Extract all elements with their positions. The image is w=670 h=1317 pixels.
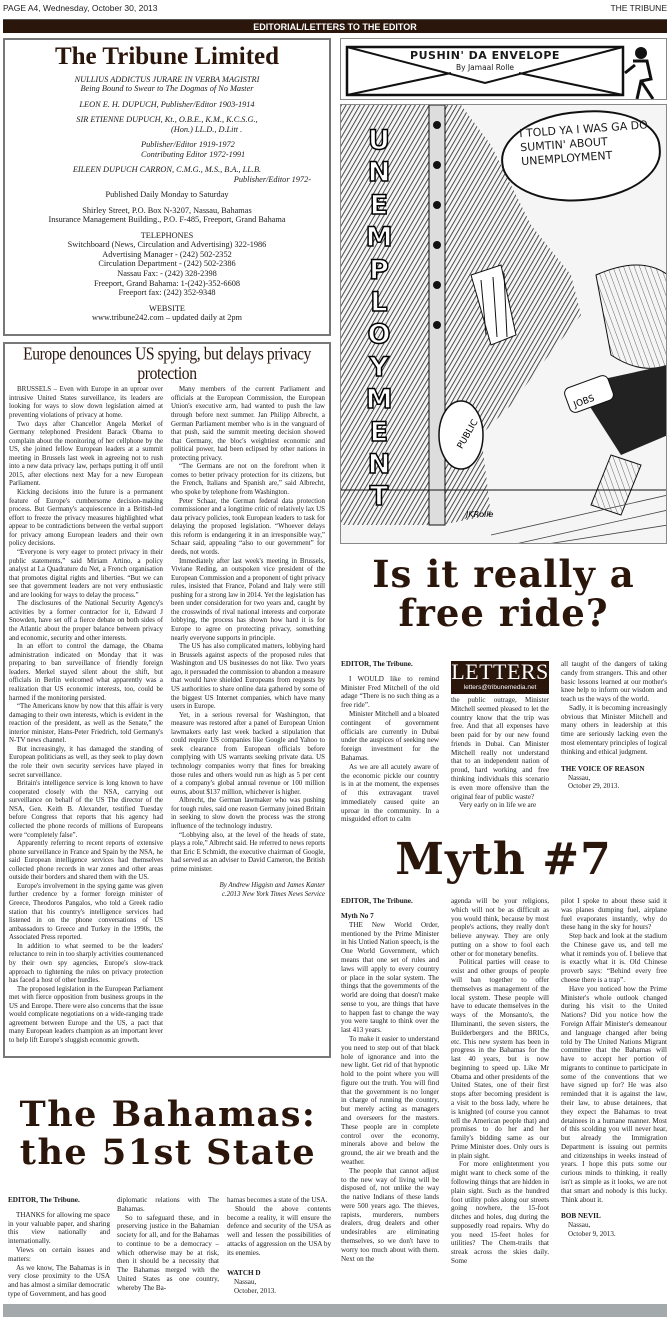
article-paragraph: But increasingly, it has damaged the sta… [9, 746, 163, 780]
salutation: EDITOR, The Tribune. [341, 660, 439, 669]
article-paragraph: Many members of the current Parliament a… [171, 386, 325, 463]
byline-service: c.2013 New York Times News Service [171, 891, 325, 900]
letter-paragraph: Step back and look at the stadium the Ch… [561, 932, 667, 985]
article-paragraph: In an effort to control the damage, the … [9, 643, 163, 703]
letter-paragraph: the public outrage, Minister Mitchell se… [451, 696, 549, 801]
bahamas-col-3: hamas becomes a state of the USA. Should… [227, 1196, 331, 1296]
cartoon-title-strip: PUSHIN' DA ENVELOPE By Jamaal Rolle [340, 38, 667, 100]
bahamas-col-2: diplomatic relations with The Bahamas. S… [117, 1196, 219, 1293]
motto-latin: NULLIUS ADDICTUS JURARE IN VERBA MAGISTR… [11, 75, 323, 85]
letter-place: Nassau, [227, 1278, 331, 1287]
article-body: BRUSSELS – Even with Europe in an uproar… [9, 386, 325, 1046]
letter-paragraph: all taught of the dangers of taking cand… [561, 660, 667, 704]
masthead-title: The Tribune Limited [11, 43, 323, 71]
phone-line: Circulation Department - (242) 502-2386 [11, 259, 323, 269]
article-paragraph: Britain's intelligence service is long k… [9, 780, 163, 840]
letter-paragraph: Political parties will cease to exist an… [451, 958, 549, 1160]
letters-badge: LETTERS letters@tribunemedia.net [451, 661, 549, 694]
address-nassau: Shirley Street, P.O. Box N-3207, Nassau,… [11, 206, 323, 216]
article-byline: By Andrew Higgisn and James Kanter c.201… [171, 882, 325, 900]
letter-paragraph: diplomatic relations with The Bahamas. [117, 1196, 219, 1214]
europe-article: Europe denounces US spying, but delays p… [3, 342, 331, 1058]
letter-date: October, 2013. [227, 1287, 331, 1296]
byline-authors: By Andrew Higgisn and James Kanter [171, 882, 325, 891]
letter-paragraph: I WOULD like to remind Minister Fred Mit… [341, 675, 439, 710]
bahamas-headline-text: The Bahamas: the 51st State [20, 1094, 317, 1173]
paper-name: THE TRIBUNE [610, 3, 667, 13]
phone-line: Freeport fax: (242) 352-9348 [11, 288, 323, 298]
article-paragraph: In addition to what seemed to be the lea… [9, 943, 163, 986]
letter-signature: THE VOICE OF REASON [561, 765, 667, 774]
subhead: Myth No 7 [341, 912, 439, 921]
editor-1: LEON E. H. DUPUCH, Publisher/Editor 1903… [11, 100, 323, 110]
myth-headline: Myth #7 [340, 838, 667, 882]
salutation: EDITOR, The Tribune. [341, 897, 439, 906]
article-paragraph: Kicking decisions into the future is a p… [9, 489, 163, 549]
strip-author: By Jamaal Rolle [341, 63, 629, 72]
salutation: EDITOR, The Tribune. [8, 1196, 110, 1205]
letter-paragraph: Very early on in life we are [451, 801, 549, 810]
article-paragraph: Albrecht, the German lawmaker who was pu… [171, 797, 325, 831]
artist-signature: JKRolle [464, 510, 494, 519]
letter-paragraph: For more enlightenment you might want to… [451, 1160, 549, 1265]
letters-email[interactable]: letters@tribunemedia.net [451, 683, 549, 693]
bahamas-col-1: EDITOR, The Tribune. THANKS for allowing… [8, 1196, 110, 1299]
editor-2-hon: (Hon.) LL.D., D.Litt . [11, 125, 323, 135]
article-paragraph: “Lobbying also, at the level of the head… [171, 832, 325, 875]
letter-paragraph: Views on certain issues and matters: [8, 1246, 110, 1264]
strip-title: PUSHIN' DA ENVELOPE [341, 49, 629, 62]
letter-place: Nassau, [561, 1221, 667, 1230]
letter-paragraph: THE New World Order, mentioned by the Pr… [341, 921, 439, 1035]
article-paragraph: Apparently referring to recent reports o… [9, 840, 163, 883]
letter-paragraph: So to safeguard these, and in preserving… [117, 1214, 219, 1293]
unemployment-label: UNEMPLOYMENT [361, 125, 397, 514]
letter-paragraph: The people that cannot adjust to the new… [341, 1167, 439, 1264]
letter-paragraph: Sadly, it is becoming increasingly obvio… [561, 704, 667, 757]
letter-paragraph: As we know, The Bahamas is in very close… [8, 1264, 110, 1299]
article-paragraph: The US has also complicated matters, lob… [171, 643, 325, 712]
telephones-heading: TELEPHONES [11, 231, 323, 241]
article-paragraph: “Everyone is very eager to protect priva… [9, 549, 163, 600]
article-paragraph: The disclosures of the National Security… [9, 600, 163, 643]
article-paragraph: “The Germans are not on the forefront wh… [171, 463, 325, 497]
letter-place: Nassau, [561, 774, 667, 783]
letter-paragraph: Have you noticed how the Prime Minister'… [561, 985, 667, 1205]
motto-english: Being Bound to Swear to The Dogmas of No… [11, 84, 323, 94]
letter-paragraph: Should the above contents become a reali… [227, 1205, 331, 1258]
phone-line: Freeport, Grand Bahama: 1-(242)-352-6608 [11, 279, 323, 289]
letter-paragraph: THANKS for allowing me space in your val… [8, 1211, 110, 1246]
letter-paragraph: As we are all acutely aware of the econo… [341, 763, 439, 824]
editor-3-name: EILEEN DUPUCH CARRON, C.M.G., M.S., B.A.… [11, 165, 323, 175]
letter-paragraph: pilot I spoke to about these said it was… [561, 897, 667, 932]
phone-line: Nassau Fax: - (242) 328-2398 [11, 269, 323, 279]
address-freeport: Insurance Management Building., P.O. F-4… [11, 215, 323, 225]
letter-paragraph: To make it easier to understand you need… [341, 1035, 439, 1167]
free-ride-headline: Is it really a free ride? [340, 555, 667, 633]
article-paragraph: Europe's involvement in the spying game … [9, 883, 163, 943]
publication-schedule: Published Daily Monday to Saturday [11, 190, 323, 200]
article-paragraph: The proposed legislation in the European… [9, 986, 163, 1046]
masthead-box: The Tribune Limited NULLIUS ADDICTUS JUR… [3, 38, 331, 336]
article-paragraph: Peter Schaar, the German federal data pr… [171, 498, 325, 558]
article-paragraph: “The Americans know by now that this aff… [9, 703, 163, 746]
editor-3-role: Publisher/Editor 1972- [11, 175, 323, 185]
myth-col-1: EDITOR, The Tribune. Myth No 7 THE New W… [341, 897, 439, 1263]
myth-col-3: pilot I spoke to about these said it was… [561, 897, 667, 1239]
website-heading: WEBSITE [11, 304, 323, 314]
article-paragraph: BRUSSELS – Even with Europe in an uproar… [9, 386, 163, 420]
editor-2-name: SIR ETIENNE DUPUCH, Kt., O.B.E., K.M., K… [11, 115, 323, 125]
footer-bar [3, 1304, 667, 1317]
letters-title: LETTERS [451, 661, 549, 683]
bahamas-headline: The Bahamas: the 51st State [3, 1096, 333, 1172]
section-banner: EDITORIAL/LETTERS TO THE EDITOR [3, 19, 667, 33]
editor-2-role1: Publisher/Editor 1919-1972 [11, 140, 323, 150]
letter-signature: WATCH D [227, 1269, 331, 1278]
article-paragraph: Yet, in a serious reversal for Washingto… [171, 712, 325, 798]
letter-paragraph: agenda will be your religions, which wil… [451, 897, 549, 958]
editor-2-role2: Contributing Editor 1972-1991 [11, 150, 323, 160]
letter-date: October 29, 2013. [561, 782, 667, 791]
phone-line: Advertising Manager - (242) 502-2352 [11, 250, 323, 260]
page-folio: PAGE A4, Wednesday, October 30, 2013 [3, 3, 158, 13]
letter-date: October 9, 2013. [561, 1230, 667, 1239]
letter-paragraph: hamas becomes a state of the USA. [227, 1196, 331, 1205]
article-headline: Europe denounces US spying, but delays p… [9, 344, 325, 383]
phone-line: Switchboard (News, Circulation and Adver… [11, 240, 323, 250]
free-ride-col-3: all taught of the dangers of taking cand… [561, 660, 667, 791]
free-ride-col-1: EDITOR, The Tribune. I WOULD like to rem… [341, 660, 439, 824]
letter-paragraph: Minister Mitchell and a bloated continge… [341, 710, 439, 763]
article-paragraph: Two days after Chancellor Angela Merkel … [9, 421, 163, 490]
myth-col-2: agenda will be your religions, which wil… [451, 897, 549, 1266]
letter-signature: BOB NEVIL [561, 1212, 667, 1221]
free-ride-col-2: LETTERS letters@tribunemedia.net the pub… [451, 661, 549, 810]
article-paragraph: Immediately after last week's meeting in… [171, 558, 325, 644]
editorial-cartoon: PUBLIC JOBS JKRolle UNEMPLOYMENT I TOLD … [340, 104, 667, 544]
website-link[interactable]: www.tribune242.com – updated daily at 2p… [11, 313, 323, 323]
